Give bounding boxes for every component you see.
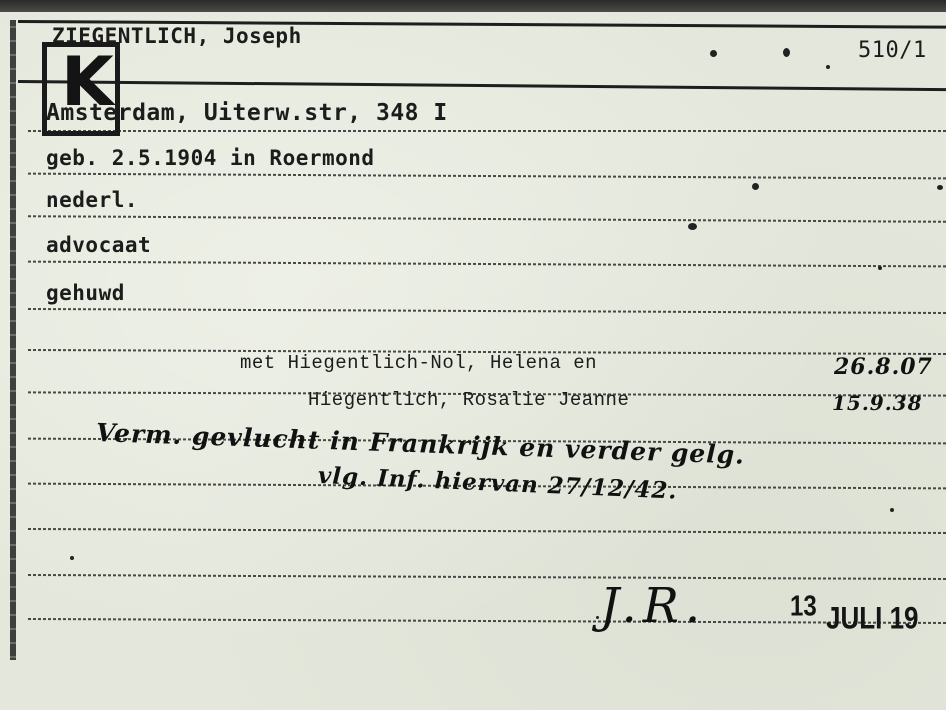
family-member-1-date: 26.8.07 <box>834 354 933 380</box>
ink-speck <box>890 508 894 512</box>
rule-line <box>28 261 946 268</box>
ink-speck <box>710 50 717 57</box>
rule-line <box>28 215 946 223</box>
header-rule-bottom <box>18 80 946 91</box>
rule-line <box>28 173 946 180</box>
birth-field: geb. 2.5.1904 in Roermond <box>46 146 375 170</box>
rule-line <box>28 528 946 534</box>
family-member-2: Hiegentlich, Rosalie Jeanne <box>308 389 629 411</box>
ink-speck <box>878 266 882 270</box>
scan-top-edge <box>0 0 946 12</box>
handwritten-note-1: Verm. gevlucht in Frankrijk en verder ge… <box>95 418 745 470</box>
family-member-2-date: 15.9.38 <box>832 391 923 415</box>
address-field: Amsterdam, Uiterw.str, 348 I <box>46 100 448 126</box>
rule-line <box>28 574 946 580</box>
nationality-field: nederl. <box>46 188 138 212</box>
signature: J.R. <box>600 578 706 634</box>
card-left-border <box>10 20 16 660</box>
ink-speck <box>783 48 790 57</box>
date-stamp-day: 13 <box>790 590 817 624</box>
ink-speck <box>688 223 697 230</box>
handwritten-note-2: vlg. Inf. hiervan 27/12/42. <box>317 462 678 505</box>
family-member-1: met Hiegentlich-Nol, Helena en <box>240 352 597 374</box>
marital-status-field: gehuwd <box>46 281 125 305</box>
ink-speck <box>752 183 759 190</box>
ink-speck <box>596 616 599 619</box>
rule-line <box>28 130 946 132</box>
ink-speck <box>70 556 74 560</box>
ink-speck <box>826 65 830 69</box>
rule-line <box>28 308 946 314</box>
date-stamp-month-year: JULI 19 <box>826 600 919 637</box>
occupation-field: advocaat <box>46 233 151 257</box>
ink-speck <box>937 185 943 190</box>
file-number: 510/1 <box>858 38 927 63</box>
archive-index-card: ZIEGENTLICH, Joseph 510/1 K Amsterdam, U… <box>0 0 946 710</box>
